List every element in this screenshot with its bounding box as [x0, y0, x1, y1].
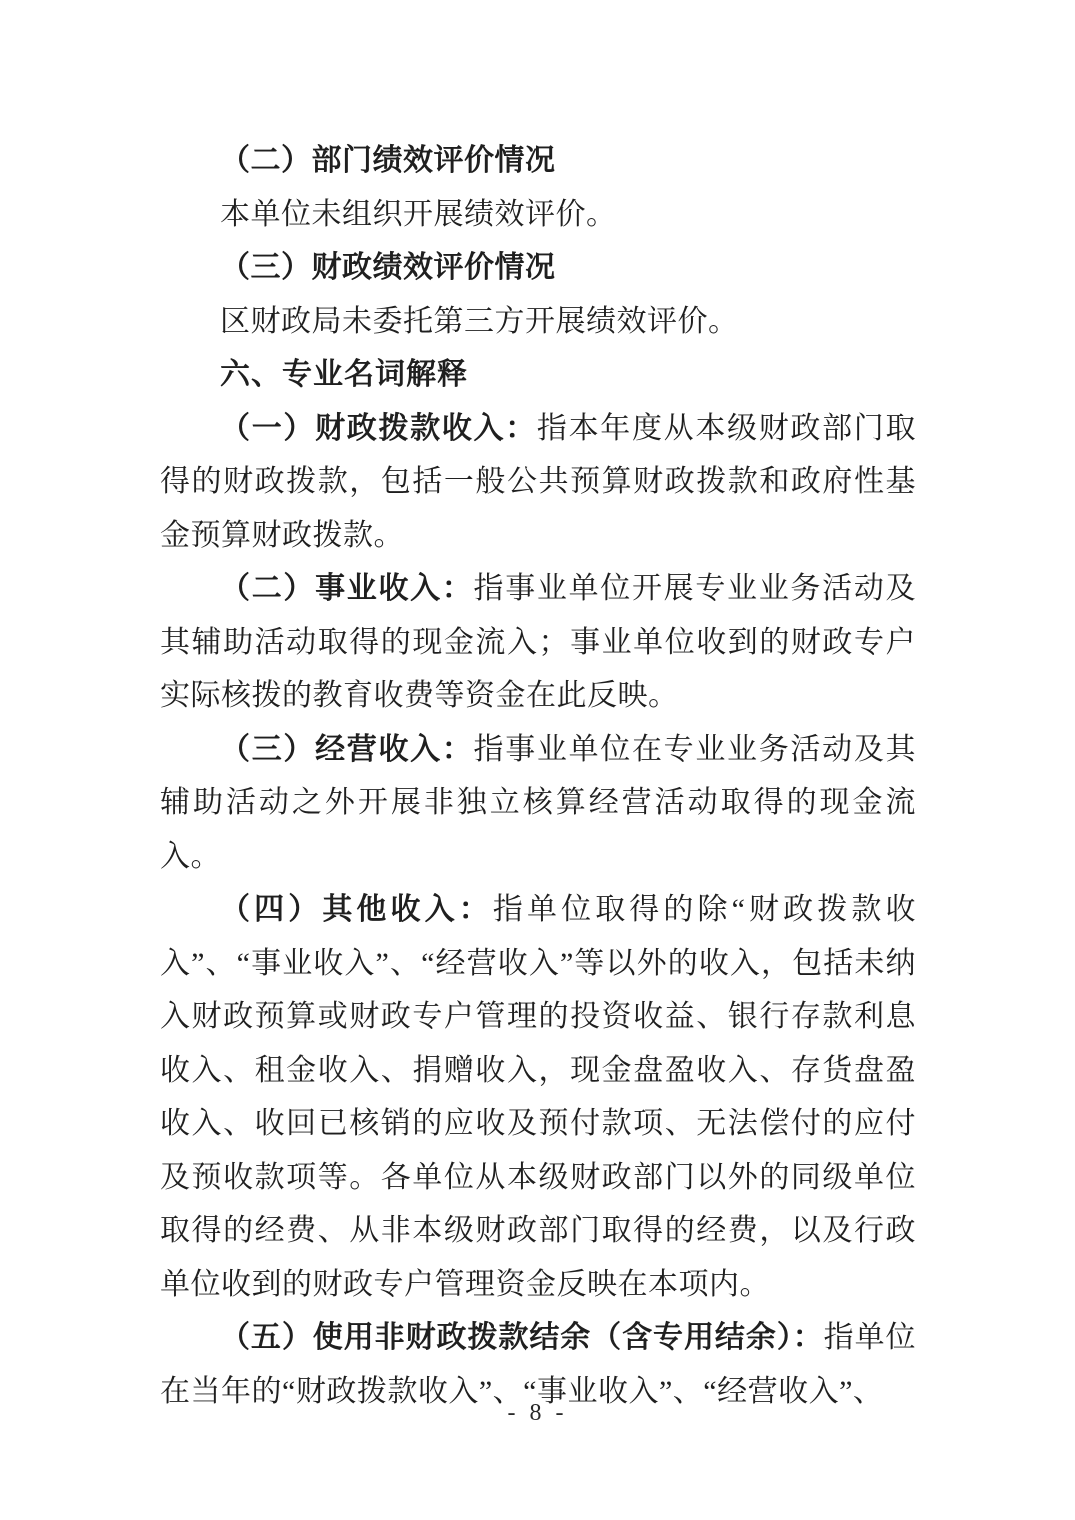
term-lead-other-income: （四）其他收入：	[220, 893, 493, 926]
term-lead-fiscal-appropriation-income: （一）财政拨款收入：	[220, 412, 537, 445]
term-undertaking-income: （二）事业收入：指事业单位开展专业业务活动及其辅助活动取得的现金流入；事业单位收…	[160, 562, 916, 723]
term-fiscal-appropriation-income: （一）财政拨款收入：指本年度从本级财政部门取得的财政拨款，包括一般公共预算财政拨…	[160, 402, 916, 563]
subheading-fiscal-performance-evaluation: （三）财政绩效评价情况	[160, 241, 916, 295]
term-other-income: （四）其他收入：指单位取得的除“财政拨款收入”、“事业收入”、“经营收入”等以外…	[160, 883, 916, 1311]
section-heading-terminology: 六、专业名词解释	[160, 348, 916, 402]
document-body: （二）部门绩效评价情况 本单位未组织开展绩效评价。 （三）财政绩效评价情况 区财…	[160, 134, 916, 1418]
term-lead-undertaking-income: （二）事业收入：	[220, 572, 474, 605]
term-body-other-income: 指单位取得的除“财政拨款收入”、“事业收入”、“经营收入”等以外的收入，包括未纳…	[160, 893, 916, 1301]
document-page: （二）部门绩效评价情况 本单位未组织开展绩效评价。 （三）财政绩效评价情况 区财…	[0, 0, 1075, 1520]
subheading-dept-performance-evaluation: （二）部门绩效评价情况	[160, 134, 916, 188]
term-operating-income: （三）经营收入：指事业单位在专业业务活动及其辅助活动之外开展非独立核算经营活动取…	[160, 723, 916, 884]
paragraph-fiscal-performance-statement: 区财政局未委托第三方开展绩效评价。	[160, 295, 916, 349]
paragraph-dept-performance-statement: 本单位未组织开展绩效评价。	[160, 188, 916, 242]
term-lead-operating-income: （三）经营收入：	[220, 733, 474, 766]
page-number: - 8 -	[0, 1400, 1075, 1427]
term-lead-non-fiscal-surplus: （五）使用非财政拨款结余（含专用结余）：	[220, 1321, 824, 1354]
